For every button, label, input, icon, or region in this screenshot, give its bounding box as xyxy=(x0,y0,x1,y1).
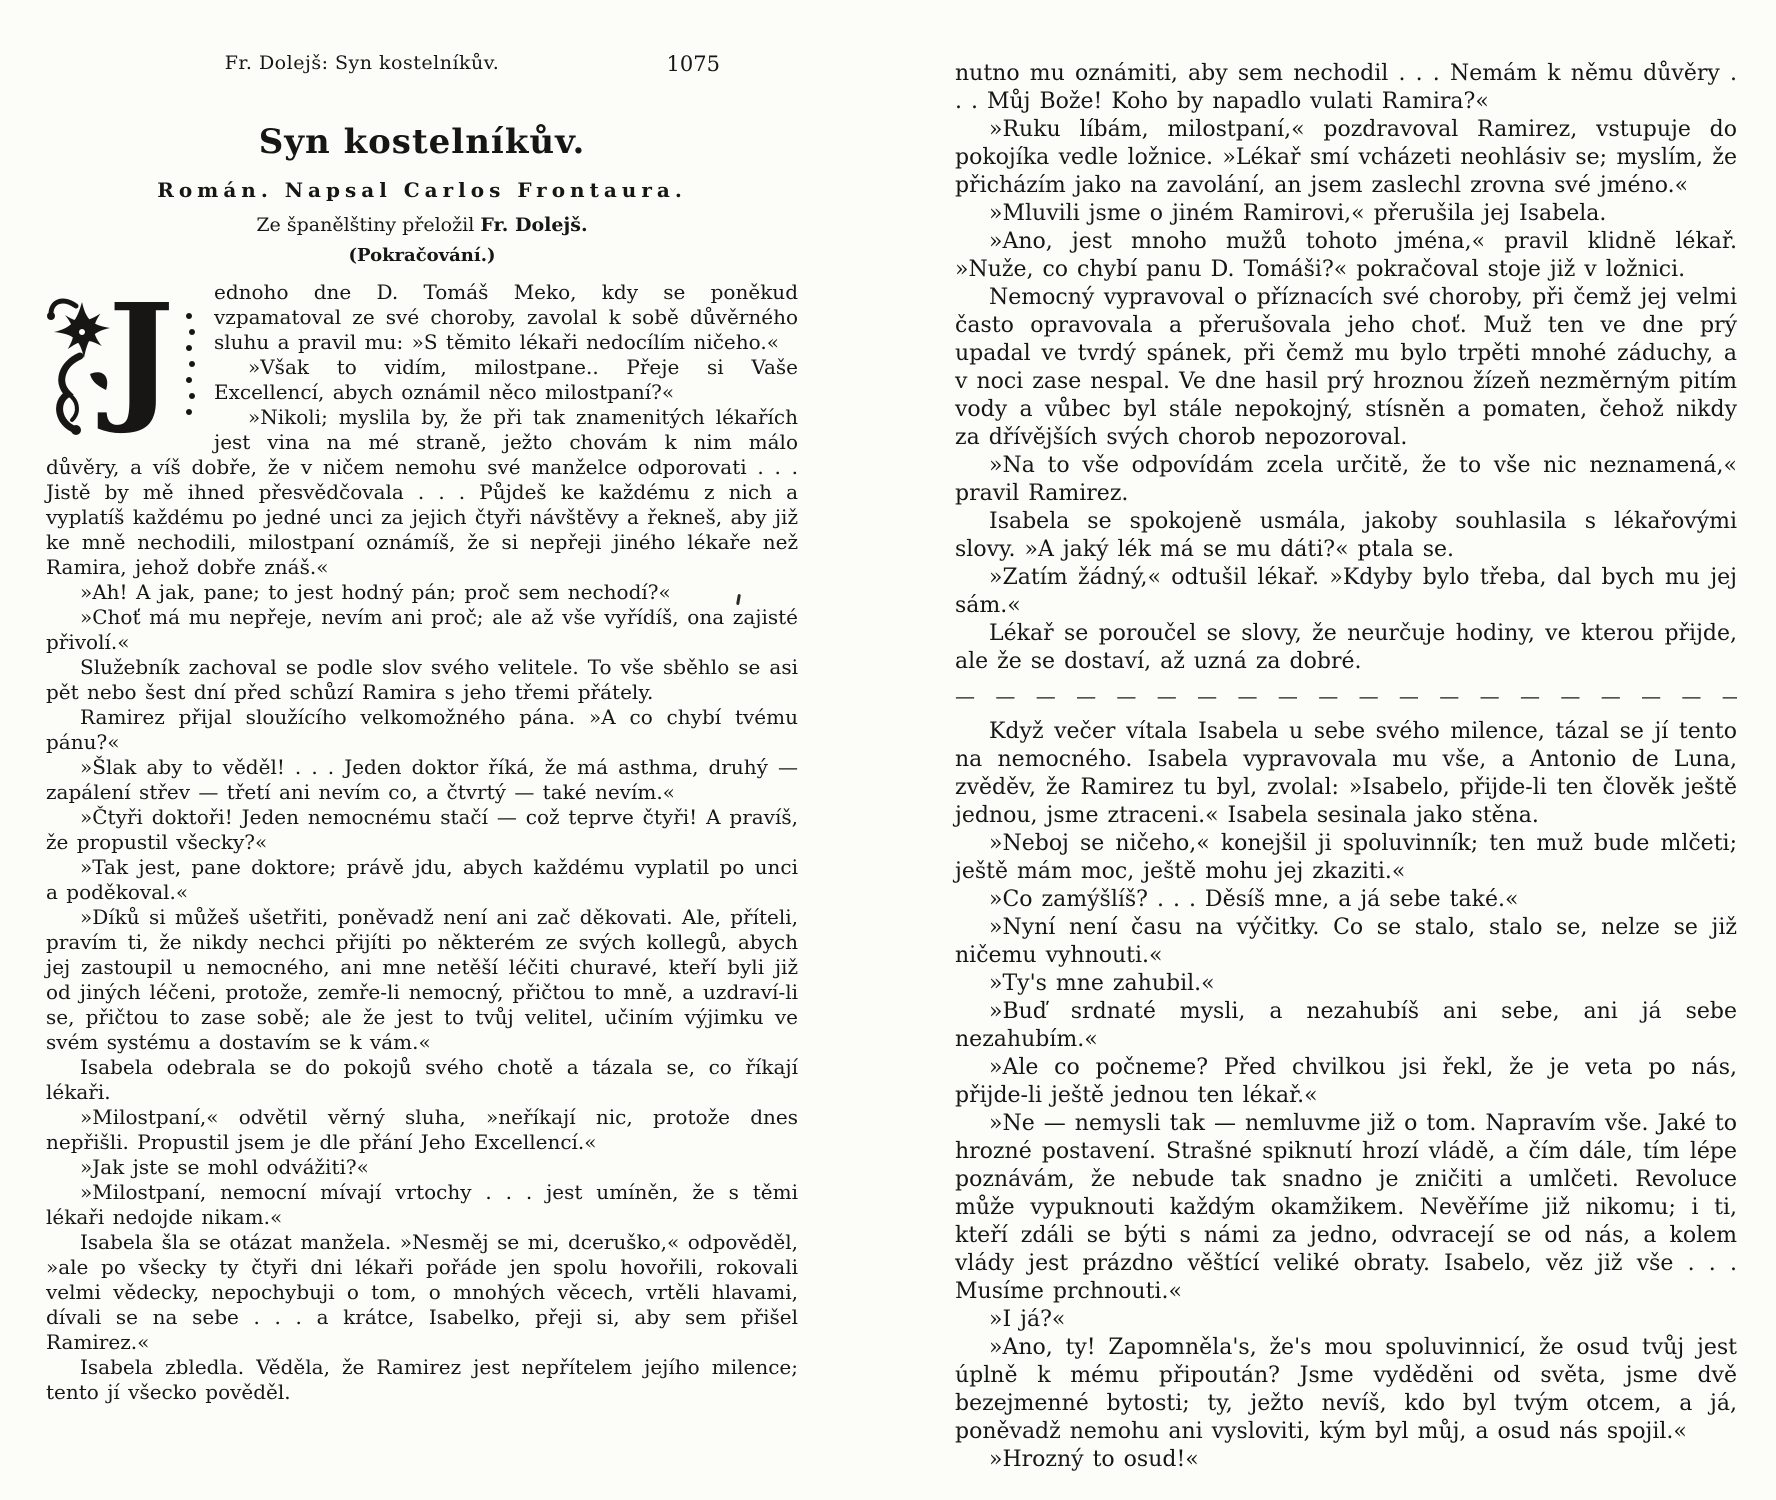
paragraph: Isabela odebrala se do pokojů svého chot… xyxy=(46,1055,798,1105)
paragraph: Lékař se poroučel se slovy, že neurčuje … xyxy=(955,620,1737,676)
right-column-body: nutno mu oznámiti, aby sem nechodil . . … xyxy=(955,60,1737,1474)
opening-paragraph: J ednoho dne D. Tomáš Meko, kdy se poněk… xyxy=(46,280,798,355)
paragraph: »Ano, ty! Zapomněla's, že's mou spoluvin… xyxy=(955,1334,1737,1446)
running-title: Fr. Dolejš: Syn kostelníkův. xyxy=(46,52,678,74)
paragraph: Když večer vítala Isabela u sebe svého m… xyxy=(955,718,1737,830)
right-paragraphs-top: nutno mu oznámiti, aby sem nechodil . . … xyxy=(955,60,1737,676)
translator-prefix: Ze španělštiny přeložil xyxy=(256,214,480,236)
paragraph: Isabela se spokojeně usmála, jakoby souh… xyxy=(955,508,1737,564)
woodcut-initial-ornament: J xyxy=(46,282,198,442)
translator-name: Fr. Dolejš. xyxy=(480,214,587,236)
paragraph: »Na to vše odpovídám zcela určitě, že to… xyxy=(955,452,1737,508)
paragraph: »Ano, jest mnoho mužů tohoto jména,« pra… xyxy=(955,228,1737,284)
story-subtitle: Román. Napsal Carlos Frontaura. xyxy=(46,178,798,202)
scanned-book-page: Fr. Dolejš: Syn kostelníkův. 1075 Syn ko… xyxy=(0,0,1776,1500)
paragraph: »Neboj se ničeho,« konejšil ji spoluvinn… xyxy=(955,830,1737,886)
page-number: 1075 xyxy=(667,52,720,76)
paragraph: »Milostpaní, nemocní mívají vrtochy . . … xyxy=(46,1180,798,1230)
right-column: nutno mu oznámiti, aby sem nechodil . . … xyxy=(955,60,1737,1474)
paragraph: »Milostpaní,« odvětil věrný sluha, »neří… xyxy=(46,1105,798,1155)
paragraph: »Zatím žádný,« odtušil lékař. »Kdyby byl… xyxy=(955,564,1737,620)
paragraph: Isabela šla se otázat manžela. »Nesměj s… xyxy=(46,1230,798,1355)
paragraph: nutno mu oznámiti, aby sem nechodil . . … xyxy=(955,60,1737,116)
translator-line: Ze španělštiny přeložil Fr. Dolejš. xyxy=(46,214,798,236)
paragraph: »Buď srdnaté mysli, a nezahubíš ani sebe… xyxy=(955,998,1737,1054)
paragraph: Isabela zbledla. Věděla, že Ramirez jest… xyxy=(46,1355,798,1405)
paragraph: »Díků si můžeš ušetřiti, poněvadž není a… xyxy=(46,905,798,1055)
paragraph: »Jak jste se mohl odvážiti?« xyxy=(46,1155,798,1180)
paragraph: »Co zamýšlíš? . . . Děsíš mne, a já sebe… xyxy=(955,886,1737,914)
paragraph: »Čtyři doktoři! Jeden nemocnému stačí — … xyxy=(46,805,798,855)
right-paragraphs-bottom: Když večer vítala Isabela u sebe svého m… xyxy=(955,718,1737,1474)
paragraph: »Šlak aby to věděl! . . . Jeden doktor ř… xyxy=(46,755,798,805)
left-column-body: J ednoho dne D. Tomáš Meko, kdy se poněk… xyxy=(46,280,798,1405)
drop-cap-letter: J xyxy=(97,282,174,438)
ornamental-initial: J xyxy=(46,282,198,442)
section-separator: — — — — — — — — — — — — — — — — — — — — … xyxy=(955,683,1737,709)
paragraph: »I já?« xyxy=(955,1306,1737,1334)
left-column: Fr. Dolejš: Syn kostelníkův. 1075 Syn ko… xyxy=(46,52,798,1405)
paragraph: »Ruku líbám, milostpaní,« pozdravoval Ra… xyxy=(955,116,1737,200)
running-header: Fr. Dolejš: Syn kostelníkův. 1075 xyxy=(46,52,798,82)
opening-paragraph-text: ednoho dne D. Tomáš Meko, kdy se poněkud… xyxy=(214,280,798,354)
paragraph: »Tak jest, pane doktore; právě jdu, abyc… xyxy=(46,855,798,905)
continuation-note: (Pokračování.) xyxy=(46,245,798,266)
paragraph: »Ne — nemysli tak — nemluvme již o tom. … xyxy=(955,1110,1737,1306)
paragraph: »Hrozný to osud!« xyxy=(955,1446,1737,1474)
paragraph: Nemocný vypravoval o příznacích své chor… xyxy=(955,284,1737,452)
paragraph: »Choť má mu nepřeje, nevím ani proč; ale… xyxy=(46,605,798,655)
paragraph: »Nyní není času na výčitky. Co se stalo,… xyxy=(955,914,1737,970)
paragraph: »Ale co počneme? Před chvilkou jsi řekl,… xyxy=(955,1054,1737,1110)
paragraph: »Mluvili jsme o jiném Ramirovi,« přeruši… xyxy=(955,200,1737,228)
paragraph: Služebník zachoval se podle slov svého v… xyxy=(46,655,798,705)
paragraph: Ramirez přijal sloužícího velkomožného p… xyxy=(46,705,798,755)
paragraph: »Ty's mne zahubil.« xyxy=(955,970,1737,998)
left-paragraphs: »Však to vidím, milostpane.. Přeje si Va… xyxy=(46,355,798,1405)
paragraph: »Ah! A jak, pane; to jest hodný pán; pro… xyxy=(46,580,798,605)
story-title: Syn kostelníkův. xyxy=(46,122,798,162)
